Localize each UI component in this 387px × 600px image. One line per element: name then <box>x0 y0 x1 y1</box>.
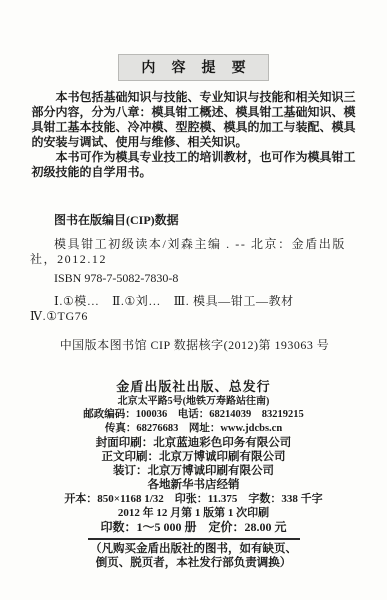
binding-line: 装订：北京万博诚印刷有限公司 <box>0 464 387 478</box>
summary-title: 内 容 提 要 <box>118 54 269 81</box>
edition-line: 2012 年 12 月第 1 版第 1 次印刷 <box>0 506 387 520</box>
fax-website-line: 传真：68276683 网址：www.jdcbs.cn <box>0 422 387 436</box>
notice-divider <box>88 538 300 540</box>
text-printer-line: 正文印刷：北京万博诚印刷有限公司 <box>0 450 387 464</box>
summary-title-container: 内 容 提 要 <box>0 0 387 81</box>
summary-paragraph-2: 本书可作为模具专业技工的培训教材，也可作为模具钳工初级技能的自学用书。 <box>32 150 356 180</box>
print-run-line: 印数：1～5 000 册 定价：28.00 元 <box>0 520 387 535</box>
cover-printer-line: 封面印刷：北京蓝迪彩色印务有限公司 <box>0 436 387 450</box>
cip-isbn: ISBN 978-7-5082-7830-8 <box>30 271 359 286</box>
notice-line-2: 倒页、脱页者，本社发行部负责调换） <box>0 556 387 570</box>
cip-section: 图书在版编目(CIP)数据 模具钳工初级读本/刘森主编 . -- 北京：金盾出版… <box>30 213 359 353</box>
publisher-line: 金盾出版社出版、总发行 <box>0 378 387 395</box>
cip-classification: Ⅰ.①模… Ⅱ.①刘… Ⅲ. 模具—钳工—教材 Ⅳ.①TG76 <box>30 294 359 324</box>
summary-paragraph-1: 本书包括基础知识与技能、专业知识与技能和相关知识三部分内容，分为八章：模具钳工概… <box>32 90 356 150</box>
colophon-section: 金盾出版社出版、总发行 北京太平路5号(地铁万寿路站往南) 邮政编码：10003… <box>0 378 387 570</box>
cip-record-number: 中国版本图书馆 CIP 数据核字(2012)第 193063 号 <box>30 338 359 353</box>
format-line: 开本：850×1168 1/32 印张：11.375 字数：338 千字 <box>0 492 387 506</box>
cip-header: 图书在版编目(CIP)数据 <box>30 213 359 228</box>
book-copyright-page: 内 容 提 要 本书包括基础知识与技能、专业知识与技能和相关知识三部分内容，分为… <box>0 0 387 600</box>
distribution-line: 各地新华书店经销 <box>0 478 387 492</box>
cip-title-line: 模具钳工初级读本/刘森主编 . -- 北京：金盾出版社，2012.12 <box>30 237 359 267</box>
postal-phone-line: 邮政编码：100036 电话：68214039 83219215 <box>0 408 387 422</box>
publisher-address: 北京太平路5号(地铁万寿路站往南) <box>0 395 387 408</box>
notice-line-1: （凡购买金盾出版社的图书，如有缺页、 <box>0 542 387 556</box>
summary-section: 本书包括基础知识与技能、专业知识与技能和相关知识三部分内容，分为八章：模具钳工概… <box>32 90 356 180</box>
